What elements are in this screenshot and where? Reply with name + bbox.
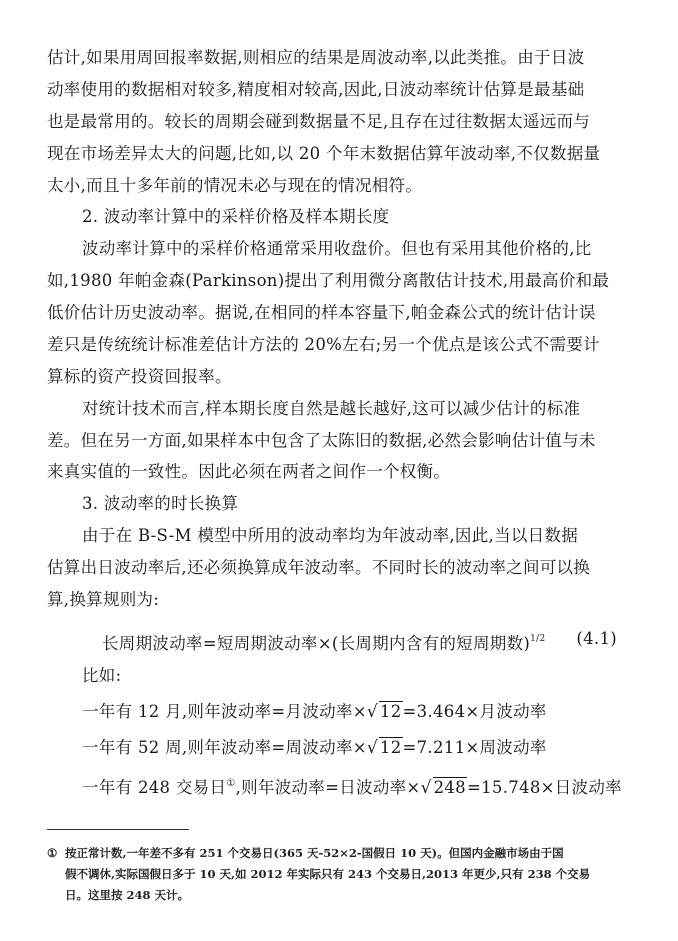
example-label: 比如:: [82, 665, 652, 687]
text-line: 差只是传统统计标准差估计方法的 20%左右;另一个优点是该公式不需要计: [47, 334, 617, 356]
footnote-line: ①按正常计数,一年差不多有 251 个交易日(365 天-52×2-国假日 10…: [47, 843, 617, 863]
section-heading: 3. 波动率的时长换算: [82, 493, 652, 515]
document-page: 估计,如果用周回报率数据,则相应的结果是周波动率,以此类推。由于日波 动率使用的…: [0, 0, 678, 941]
text-line: 由于在 B-S-M 模型中所用的波动率均为年波动率,因此,当以日数据: [82, 525, 652, 547]
example-line: 一年有 52 周,则年波动率=周波动率×12=7.211×周波动率: [82, 737, 652, 759]
text-line: 现在市场差异太大的问题,比如,以 20 个年末数据估算年波动率,不仅数据量: [47, 143, 617, 165]
equation-exponent: 1/2: [530, 634, 545, 644]
footnote-line: 日。这里按 248 天计。: [65, 885, 635, 905]
text-line: 估计,如果用周回报率数据,则相应的结果是周波动率,以此类推。由于日波: [47, 47, 617, 69]
section-heading: 2. 波动率计算中的采样价格及样本期长度: [82, 206, 652, 228]
text-line: 对统计技术而言,样本期长度自然是越长越好,这可以减少估计的标准: [82, 398, 652, 420]
sqrt-symbol: 12: [369, 701, 403, 723]
text-line: 低价估计历史波动率。据说,在相同的样本容量下,帕金森公式的统计估计误: [47, 302, 617, 324]
footnote-ref[interactable]: ①: [226, 778, 235, 789]
text-line: 算标的资产投资回报率。: [47, 366, 617, 388]
example-line: 一年有 248 交易日①,则年波动率=日波动率×248=15.748×日波动率: [82, 773, 652, 799]
footnote-divider: [47, 829, 189, 830]
text-line: 差。但在另一方面,如果样本中包含了太陈旧的数据,必然会影响估计值与未: [47, 430, 617, 452]
sqrt-symbol: 248: [423, 777, 467, 799]
text-line: 波动率计算中的采样价格通常采用收盘价。但也有采用其他价格的,比: [82, 238, 652, 260]
sqrt-symbol: 12: [369, 737, 403, 759]
text-line: 来真实值的一致性。因此必须在两者之间作一个权衡。: [47, 461, 617, 483]
text-line: 估算出日波动率后,还必须换算成年波动率。不同时长的波动率之间可以换: [47, 557, 617, 579]
text-line: 也是最常用的。较长的周期会碰到数据量不足,且存在过往数据太遥远而与: [47, 111, 617, 133]
text-line: 动率使用的数据相对较多,精度相对较高,因此,日波动率统计估算是最基础: [47, 79, 617, 101]
example-line: 一年有 12 月,则年波动率=月波动率×12=3.464×月波动率: [82, 701, 652, 723]
footnote-line: 假不调休,实际国假日多于 10 天,如 2012 年实际只有 243 个交易日,…: [65, 864, 635, 884]
equation-number: (4.1): [576, 628, 617, 650]
text-line: 如,1980 年帕金森(Parkinson)提出了利用微分离散估计技术,用最高价…: [47, 270, 617, 292]
text-line: 算,换算规则为:: [47, 589, 617, 611]
equation-4-1: 长周期波动率=短周期波动率×(长周期内含有的短周期数)1/2 (4.1): [102, 628, 617, 655]
text-line: 太小,而且十多年前的情况未必与现在的情况相符。: [47, 175, 617, 197]
footnote-mark: ①: [47, 843, 65, 863]
equation-text: 长周期波动率=短周期波动率×(长周期内含有的短周期数): [102, 634, 530, 653]
